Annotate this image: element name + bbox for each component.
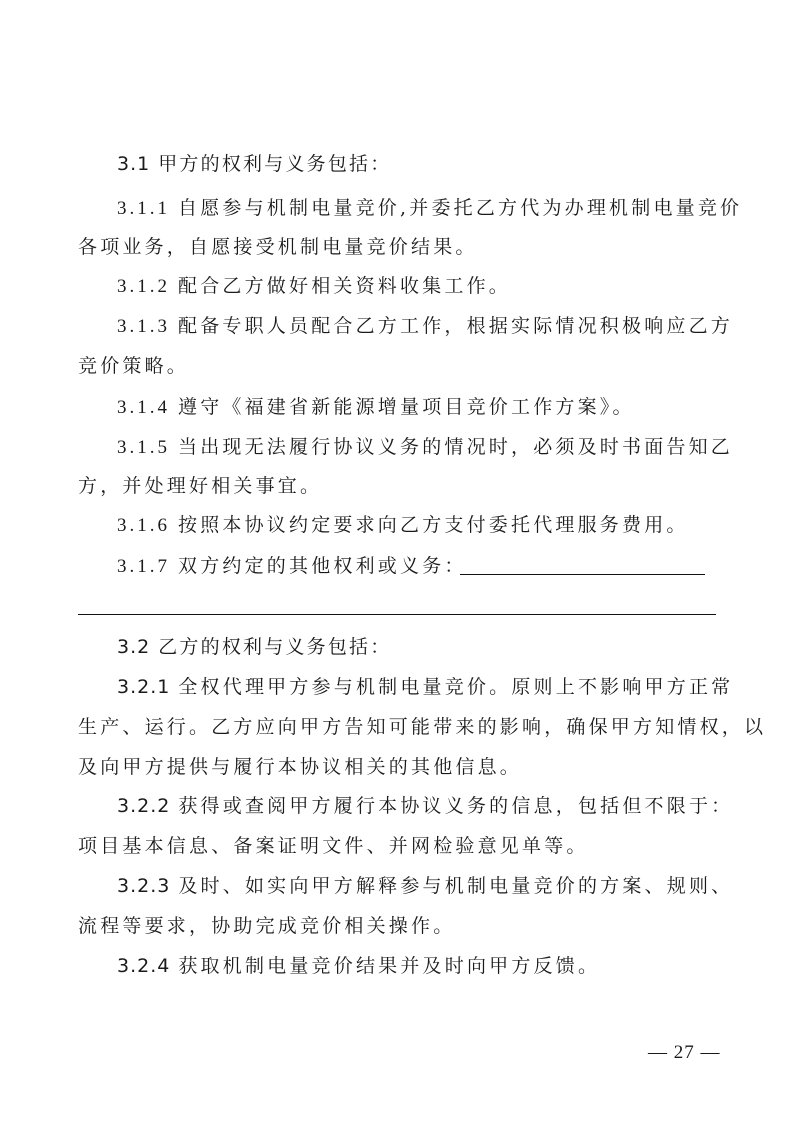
clause-3-1-4: 3.1.4遵守《福建省新能源增量项目竞价工作方案》。 (117, 395, 635, 420)
clause-3-2-2: 3.2.2获得或查阅甲方履行本协议义务的信息，包括但不限于： (117, 794, 733, 818)
clause-text: 配合乙方做好相关资料收集工作。 (178, 275, 511, 297)
clause-text: 按照本协议约定要求向乙方支付委托代理服务费用。 (178, 514, 689, 536)
clause-3-2-2-cont: 项目基本信息、备案证明文件、并网检验意见单等。 (78, 834, 589, 858)
clause-number: 3.1.5 (117, 437, 170, 458)
clause-3-1-5-cont: 方，并处理好相关事宜。 (78, 474, 322, 498)
clause-text: 双方约定的其他权利或义务： (178, 555, 467, 577)
clause-number: 3.1.1 (117, 198, 170, 219)
clause-3-1-1-cont: 各项业务，自愿接受机制电量竞价结果。 (78, 235, 478, 259)
section-number: 3.2 (117, 636, 150, 658)
page-number: — 27 — (648, 1042, 721, 1064)
clause-3-2-1: 3.2.1全权代理甲方参与机制电量竞价。原则上不影响甲方正常 (117, 675, 733, 699)
clause-text: 遵守《福建省新能源增量项目竞价工作方案》。 (178, 396, 635, 418)
clause-number: 3.2.3 (117, 875, 170, 897)
clause-number: 3.2.1 (117, 676, 170, 698)
clause-3-2-1-cont: 生产、运行。乙方应向甲方告知可能带来的影响，确保甲方知情权，以 (78, 715, 766, 739)
clause-text: 获得或查阅甲方履行本协议义务的信息，包括但不限于： (178, 795, 733, 817)
clause-3-2-3-cont: 流程等要求，协助完成竞价相关操作。 (78, 914, 455, 938)
clause-3-2-3: 3.2.3及时、如实向甲方解释参与机制电量竞价的方案、规则、 (117, 874, 733, 898)
clause-3-1-6: 3.1.6按照本协议约定要求向乙方支付委托代理服务费用。 (117, 513, 689, 538)
section-number: 3.1 (117, 153, 150, 175)
clause-text: 全权代理甲方参与机制电量竞价。原则上不影响甲方正常 (178, 676, 733, 698)
section-3-2-heading: 3.2乙方的权利与义务包括： (117, 635, 391, 659)
clause-3-2-1-cont2: 及向甲方提供与履行本协议相关的其他信息。 (78, 755, 522, 779)
fill-in-blank-line (460, 574, 705, 575)
clause-number: 3.1.4 (117, 397, 170, 418)
clause-3-1-1: 3.1.1自愿参与机制电量竞价,并委托乙方代为办理机制电量竞价 (117, 196, 742, 221)
clause-3-1-2: 3.1.2配合乙方做好相关资料收集工作。 (117, 274, 511, 299)
clause-3-1-7: 3.1.7双方约定的其他权利或义务： (117, 554, 467, 579)
clause-3-1-3-cont: 竞价策略。 (78, 354, 189, 378)
clause-text: 自愿参与机制电量竞价,并委托乙方代为办理机制电量竞价 (178, 197, 742, 219)
clause-number: 3.1.2 (117, 276, 170, 297)
clause-number: 3.2.4 (117, 955, 170, 977)
clause-number: 3.1.3 (117, 316, 170, 337)
section-title: 甲方的权利与义务包括： (158, 153, 391, 175)
clause-text: 及时、如实向甲方解释参与机制电量竞价的方案、规则、 (178, 875, 733, 897)
clause-number: 3.1.7 (117, 556, 170, 577)
clause-number: 3.2.2 (117, 795, 170, 817)
clause-text: 当出现无法履行协议义务的情况时，必须及时书面告知乙 (178, 436, 733, 458)
clause-number: 3.1.6 (117, 515, 170, 536)
clause-text: 获取机制电量竞价结果并及时向甲方反馈。 (178, 955, 600, 977)
clause-3-1-3: 3.1.3配备专职人员配合乙方工作，根据实际情况积极响应乙方 (117, 314, 733, 339)
fill-in-blank-line-full (78, 614, 716, 615)
section-title: 乙方的权利与义务包括： (158, 636, 391, 658)
clause-text: 配备专职人员配合乙方工作，根据实际情况积极响应乙方 (178, 315, 733, 337)
clause-3-2-4: 3.2.4获取机制电量竞价结果并及时向甲方反馈。 (117, 954, 600, 978)
section-3-1-heading: 3.1甲方的权利与义务包括： (117, 152, 391, 176)
clause-3-1-5: 3.1.5当出现无法履行协议义务的情况时，必须及时书面告知乙 (117, 435, 733, 460)
